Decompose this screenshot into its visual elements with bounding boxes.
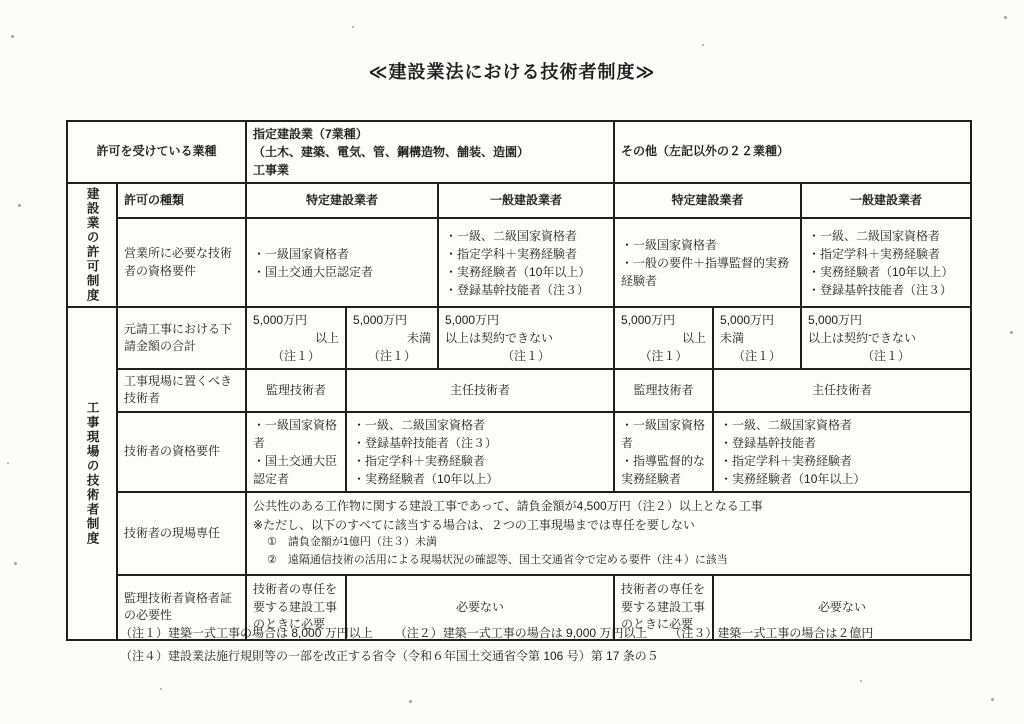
requirement-item: ・国土交通大臣認定者 bbox=[253, 452, 339, 488]
row-label-qualification: 技術者の資格要件 bbox=[117, 412, 246, 492]
requirement-item: ・指定学科＋実務経験者 bbox=[808, 245, 964, 263]
requirement-item: ・指導監督的な実務経験者 bbox=[621, 452, 706, 488]
requirement-item: ・実務経験者（10年以上） bbox=[808, 263, 964, 281]
cell-qual-designated-shunin: ・一級、二級国家資格者 ・登録基幹技能者（注３） ・指定学科＋実務経験者 ・実務… bbox=[346, 412, 614, 492]
cell-site-designated-shunin: 主任技術者 bbox=[346, 369, 614, 412]
over-text: 以上 bbox=[253, 329, 339, 347]
requirement-item: ・実務経験者（10年以上） bbox=[445, 263, 607, 281]
dedication-line1: 公共性のある工作物に関する建設工事であって、請負金額が4,500万円（注２）以上… bbox=[253, 497, 964, 516]
page-title: ≪建設業法における技術者制度≫ bbox=[0, 58, 1024, 84]
footnote-line2: （注４）建設業法施行規則等の一部を改正する省令（令和６年国土交通省令第 106 … bbox=[120, 645, 895, 668]
note-ref: （注１） bbox=[720, 347, 794, 365]
dedication-item2: ② 遠隔通信技術の活用による現場状況の確認等、国土交通省令で定める要件（注４）に… bbox=[253, 552, 964, 570]
scan-speckle bbox=[7, 462, 9, 464]
row-label-dedication: 技術者の現場専任 bbox=[117, 492, 246, 575]
footnote-1: （注１）建築一式工事の場合は 8,000 万円以上 bbox=[120, 626, 373, 640]
requirement-item: ・一級国家資格者 bbox=[253, 245, 431, 263]
col-header-others-ippan: 一般建設業者 bbox=[801, 183, 971, 218]
requirement-item: ・一級、二級国家資格者 bbox=[353, 416, 607, 434]
col-header-designated-tokutei: 特定建設業者 bbox=[246, 183, 438, 218]
note-ref: （注１） bbox=[621, 347, 706, 365]
cell-designated-industries: 指定建設業（7業種） （土木、建築、電気、管、鋼構造物、舗装、造園） 工事業 bbox=[246, 121, 614, 183]
footnote-3: （注３）建築一式工事の場合は２億円 bbox=[669, 626, 873, 640]
cell-qual-designated-kanri: ・一級国家資格者 ・国土交通大臣認定者 bbox=[246, 412, 346, 492]
cell-sub-others-under: 5,000万円 未満 （注１） bbox=[713, 307, 801, 369]
under-text: 未満 bbox=[720, 329, 794, 347]
cell-site-designated-kanri: 監理技術者 bbox=[246, 369, 346, 412]
requirement-item: ・登録基幹技能者（注３） bbox=[445, 281, 607, 299]
amount-text: 5,000万円 bbox=[808, 311, 964, 329]
over-text: 以上 bbox=[621, 329, 706, 347]
cell-licensed-type: 許可を受けている業種 bbox=[67, 121, 246, 183]
scan-speckle bbox=[14, 562, 17, 565]
scan-speckle bbox=[18, 204, 21, 207]
cell-office-others-tokutei: ・一級国家資格者 ・一般の要件＋指導監督的実務経験者 bbox=[614, 218, 801, 307]
col-header-designated-ippan: 一般建設業者 bbox=[438, 183, 614, 218]
cell-sub-others-over: 5,000万円 以上 （注１） bbox=[614, 307, 713, 369]
scan-speckle bbox=[160, 688, 162, 690]
cell-site-others-kanri: 監理技術者 bbox=[614, 369, 713, 412]
cell-office-designated-ippan: ・一級、二級国家資格者 ・指定学科＋実務経験者 ・実務経験者（10年以上） ・登… bbox=[438, 218, 614, 307]
requirement-item: ・一級、二級国家資格者 bbox=[445, 227, 607, 245]
footnote-4: （注４）建設業法施行規則等の一部を改正する省令（令和６年国土交通省令第 106 … bbox=[120, 649, 659, 663]
cell-license-kind: 許可の種類 bbox=[117, 183, 246, 218]
cannot-text: 以上は契約できない bbox=[445, 329, 607, 347]
cell-sub-others-cannot: 5,000万円 以上は契約できない （注１） bbox=[801, 307, 971, 369]
amount-text: 5,000万円 bbox=[621, 311, 706, 329]
note-ref: （注１） bbox=[253, 347, 339, 365]
requirement-item: ・国土交通大臣認定者 bbox=[253, 263, 431, 281]
group-label-site-system: 工事現場の技術者制度 bbox=[67, 307, 117, 640]
under-text: 未満 bbox=[353, 329, 431, 347]
amount-text: 5,000万円 bbox=[253, 311, 339, 329]
note-ref: （注１） bbox=[445, 347, 607, 365]
scan-speckle bbox=[1004, 16, 1007, 19]
dedication-line2: ※ただし、以下のすべてに該当する場合は、２つの工事現場までは専任を要しない bbox=[253, 516, 964, 535]
cell-dedication: 公共性のある工作物に関する建設工事であって、請負金額が4,500万円（注２）以上… bbox=[246, 492, 971, 575]
requirement-item: ・実務経験者（10年以上） bbox=[353, 470, 607, 488]
requirement-item: ・登録基幹技能者 bbox=[720, 434, 964, 452]
footnote-2: （注２）建築一式工事の場合は 9,000 万円以上 bbox=[395, 626, 648, 640]
designated-line1: 指定建設業（7業種） bbox=[253, 125, 607, 143]
amount-text: 5,000万円 bbox=[445, 311, 607, 329]
requirement-item: ・一級国家資格者 bbox=[621, 236, 794, 254]
engineer-system-table: 許可を受けている業種 指定建設業（7業種） （土木、建築、電気、管、鋼構造物、舗… bbox=[66, 120, 972, 641]
scan-speckle bbox=[352, 26, 354, 28]
note-ref: （注１） bbox=[808, 347, 964, 365]
scan-speckle bbox=[409, 700, 412, 703]
footnote-line1: （注１）建築一式工事の場合は 8,000 万円以上（注２）建築一式工事の場合は … bbox=[120, 622, 895, 645]
requirement-item: ・登録基幹技能者（注３） bbox=[808, 281, 964, 299]
amount-text: 5,000万円 bbox=[720, 311, 794, 329]
scan-speckle bbox=[860, 680, 862, 682]
requirement-item: ・指定学科＋実務経験者 bbox=[720, 452, 964, 470]
note-ref: （注１） bbox=[353, 347, 431, 365]
cannot-text: 以上は契約できない bbox=[808, 329, 964, 347]
requirement-item: ・一級、二級国家資格者 bbox=[720, 416, 964, 434]
cell-qual-others-kanri: ・一級国家資格者 ・指導監督的な実務経験者 bbox=[614, 412, 713, 492]
cell-qual-others-shunin: ・一級、二級国家資格者 ・登録基幹技能者 ・指定学科＋実務経験者 ・実務経験者（… bbox=[713, 412, 971, 492]
requirement-item: ・指定学科＋実務経験者 bbox=[445, 245, 607, 263]
cell-site-others-shunin: 主任技術者 bbox=[713, 369, 971, 412]
requirement-item: ・実務経験者（10年以上） bbox=[720, 470, 964, 488]
footnotes: （注１）建築一式工事の場合は 8,000 万円以上（注２）建築一式工事の場合は … bbox=[120, 622, 895, 669]
requirement-item: ・一級国家資格者 bbox=[253, 416, 339, 452]
cell-office-others-ippan: ・一級、二級国家資格者 ・指定学科＋実務経験者 ・実務経験者（10年以上） ・登… bbox=[801, 218, 971, 307]
requirement-item: ・登録基幹技能者（注３） bbox=[353, 434, 607, 452]
dedication-item1: ① 請負金額が1億円（注３）未満 bbox=[253, 534, 964, 552]
cell-office-designated-tokutei: ・一級国家資格者 ・国土交通大臣認定者 bbox=[246, 218, 438, 307]
designated-line3: 工事業 bbox=[253, 161, 607, 179]
group-label-permit-system: 建設業の許可制度 bbox=[67, 183, 117, 307]
cell-other-industries: その他（左記以外の２２業種） bbox=[614, 121, 971, 183]
requirement-item: ・一級国家資格者 bbox=[621, 416, 706, 452]
scan-speckle bbox=[1010, 331, 1013, 334]
scan-speckle bbox=[991, 698, 994, 701]
row-label-subcontract: 元請工事における下請金額の合計 bbox=[117, 307, 246, 369]
scan-speckle bbox=[702, 44, 704, 46]
cell-sub-designated-under: 5,000万円 未満 （注１） bbox=[346, 307, 438, 369]
designated-line2: （土木、建築、電気、管、鋼構造物、舗装、造園） bbox=[253, 143, 607, 161]
requirement-item: ・一級、二級国家資格者 bbox=[808, 227, 964, 245]
requirement-item: ・一般の要件＋指導監督的実務経験者 bbox=[621, 254, 794, 290]
cell-sub-designated-over: 5,000万円 以上 （注１） bbox=[246, 307, 346, 369]
scanned-document-page: ≪建設業法における技術者制度≫ 許可を受けている業種 指定建設業（7業種） （土… bbox=[0, 0, 1024, 724]
row-label-office-engineer: 営業所に必要な技術者の資格要件 bbox=[117, 218, 246, 307]
scan-speckle bbox=[11, 35, 14, 38]
cell-sub-designated-cannot: 5,000万円 以上は契約できない （注１） bbox=[438, 307, 614, 369]
col-header-others-tokutei: 特定建設業者 bbox=[614, 183, 801, 218]
row-label-site-engineer: 工事現場に置くべき技術者 bbox=[117, 369, 246, 412]
amount-text: 5,000万円 bbox=[353, 311, 431, 329]
requirement-item: ・指定学科＋実務経験者 bbox=[353, 452, 607, 470]
